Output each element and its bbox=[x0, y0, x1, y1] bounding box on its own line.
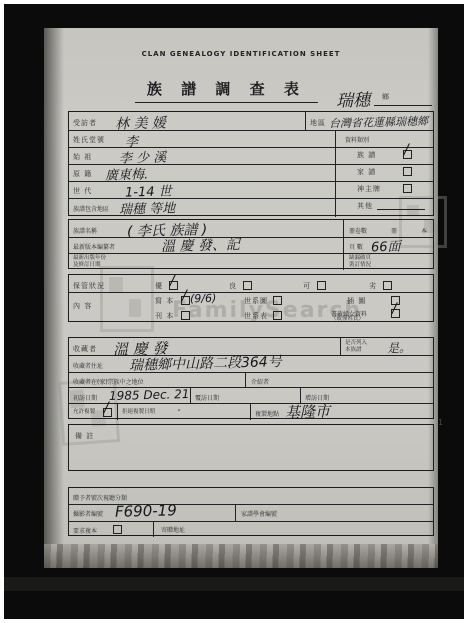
category-family-genealogy-checkbox bbox=[403, 167, 412, 176]
introducer-label: 介紹者 bbox=[251, 377, 269, 386]
volume-info-table: 族譜名稱 ( 李氏 族譜 ) 最新版本編纂者 溫 慶 發、記 最新出版年份 及修… bbox=[68, 219, 434, 269]
manuscript-note: (9/6) bbox=[190, 292, 217, 306]
region-value: 台灣省花蓮縣瑞穗鄉 bbox=[329, 113, 428, 132]
data-category-label: 資料類別 bbox=[345, 135, 369, 144]
interviewee-value: 林 美 媛 bbox=[115, 112, 166, 133]
condition-fair-checkbox bbox=[317, 281, 326, 290]
condition-good-label: 良 bbox=[229, 281, 237, 291]
women-data-checkbox: / bbox=[391, 309, 400, 318]
photographer-number-label: 攝影者編號 bbox=[73, 509, 103, 518]
lineage-chart-label: 世系圖 bbox=[244, 296, 268, 306]
photographer-number-value: F690-19 bbox=[115, 501, 177, 521]
latest-compiler-label: 最新版本編纂者 bbox=[73, 242, 115, 251]
pages-value: 66面 bbox=[371, 236, 401, 256]
pages-label: 頁 數 bbox=[349, 242, 363, 251]
listed-in-genealogy-label-line2: 本族譜 bbox=[345, 347, 362, 354]
lineage-table-checkbox bbox=[273, 311, 282, 320]
paper-left-shadow bbox=[44, 28, 64, 568]
category-clan-genealogy-label: 族 譜 bbox=[357, 150, 376, 160]
category-other-blank bbox=[377, 209, 425, 210]
lineage-chart-checkbox bbox=[273, 296, 282, 305]
microfilm-photo-background: FamilySearch CLAN GENEALOGY IDENTIFICATI… bbox=[4, 4, 464, 619]
binding-label-line2: 裝訂情況 bbox=[349, 262, 371, 269]
listed-in-genealogy-label-line1: 是否列入 bbox=[345, 340, 367, 347]
admin-box: 贈予者號次視聽分類 攝影者編號 F690-19 家譜學會編號 要求複本 寄贈地址 bbox=[68, 487, 434, 536]
condition-label: 保管狀況 bbox=[73, 281, 105, 291]
publish-year-label-line1: 最新出版年份 bbox=[73, 255, 106, 262]
condition-content-table: 保管狀況 優 / 良 可 劣 內 容 寫 本 / (9/6) 世系圖 插 圖 刊… bbox=[68, 274, 434, 322]
manuscript-checkbox: / bbox=[181, 296, 190, 305]
content-label: 內 容 bbox=[73, 301, 92, 311]
latest-compiler-value: 溫 慶 發、記 bbox=[161, 234, 240, 256]
copy-place-label: 複製地點 bbox=[255, 409, 279, 418]
copy-permitted-label: 允許複製 bbox=[73, 409, 95, 416]
origin-label: 原 籍 bbox=[73, 169, 92, 179]
township-handwritten: 瑞穗 bbox=[336, 86, 371, 112]
notes-box: 備 註 bbox=[68, 424, 434, 471]
category-family-genealogy-label: 家 譜 bbox=[357, 167, 376, 177]
copy-refused-date-label: 拒絕複製日期 bbox=[122, 409, 155, 416]
condition-poor-checkbox bbox=[383, 281, 392, 290]
copy-refused-date-value: · bbox=[177, 404, 181, 417]
surname-hall-label: 姓氏堂號 bbox=[73, 135, 105, 145]
check-mark: / bbox=[404, 142, 409, 158]
printed-checkbox bbox=[181, 311, 190, 320]
condition-fair-label: 可 bbox=[303, 281, 311, 291]
publish-year-label-line2: 及修訂日期 bbox=[73, 262, 101, 269]
founder-label: 始 祖 bbox=[73, 152, 92, 162]
basic-info-table: 受訪者 林 美 媛 地區 台灣省花蓮縣瑞穗鄉 姓氏堂號 李 始 祖 李 少 溪 … bbox=[68, 111, 434, 216]
volumes-label: 冊卷數 bbox=[349, 226, 367, 235]
category-other-label: 其他 bbox=[357, 201, 373, 211]
holder-address-label: 收藏者住址 bbox=[73, 361, 103, 370]
revisit-label: 覆訪日期 bbox=[195, 393, 219, 402]
condition-excellent-checkbox: / bbox=[169, 281, 178, 290]
society-number-label: 家譜學會編號 bbox=[241, 509, 277, 518]
holder-label: 收藏者 bbox=[73, 344, 97, 354]
binding-label-line1: 缺漏破頁 bbox=[349, 255, 371, 262]
coverage-label: 族譜包含地區 bbox=[73, 204, 109, 213]
film-noise-streak bbox=[4, 577, 464, 591]
admin-section-label: 贈予者號次視聽分類 bbox=[73, 493, 127, 502]
form-title: 族 譜 調 查 表 bbox=[135, 78, 318, 103]
genealogy-form-sheet: FamilySearch CLAN GENEALOGY IDENTIFICATI… bbox=[44, 28, 438, 568]
listed-in-genealogy-value: 是。 bbox=[387, 339, 411, 357]
copy-place-value: 基隆市 bbox=[285, 400, 331, 422]
category-ancestral-tablet-checkbox bbox=[403, 184, 412, 193]
manuscript-label: 寫 本 bbox=[155, 296, 174, 306]
send-address-label: 寄贈地址 bbox=[161, 525, 185, 534]
request-copy-label: 要求複本 bbox=[73, 526, 97, 535]
generations-label: 世 代 bbox=[73, 186, 92, 196]
paper-torn-bottom-edge bbox=[44, 544, 438, 568]
condition-poor-label: 劣 bbox=[369, 281, 377, 291]
copy-permitted-checkbox: / bbox=[103, 408, 112, 417]
condition-good-checkbox bbox=[243, 281, 252, 290]
volumes-unit2-label: 本 bbox=[421, 226, 427, 235]
category-ancestral-tablet-label: 神主牌 bbox=[357, 184, 381, 194]
printed-label: 刊 本 bbox=[155, 311, 174, 321]
genealogy-name-label: 族譜名稱 bbox=[73, 226, 97, 235]
volumes-unit1-label: 冊 bbox=[391, 226, 397, 235]
notes-label: 備 註 bbox=[75, 431, 94, 441]
township-suffix-label: 鄉 bbox=[382, 92, 390, 102]
holder-info-table: 收藏者 溫 慶 發 是否列入 本族譜 是。 收藏者住址 瑞穗鄉中山路二段364号… bbox=[68, 337, 434, 419]
township-underline bbox=[374, 105, 432, 106]
interviewee-label: 受訪者 bbox=[73, 118, 97, 128]
lineage-table-label: 世系表 bbox=[244, 311, 268, 321]
first-visit-label: 初訪日期 bbox=[73, 393, 97, 402]
first-visit-value: 1985 Dec. 21 bbox=[109, 387, 190, 403]
english-title: CLAN GENEALOGY IDENTIFICATION SHEET bbox=[44, 50, 438, 58]
request-copy-checkbox bbox=[113, 525, 122, 534]
region-label: 地區 bbox=[310, 118, 326, 128]
illustrations-label: 插 圖 bbox=[347, 296, 366, 306]
women-data-sublabel: （或僅姓氏） bbox=[331, 316, 364, 323]
holder-position-label: 收藏者在(家)宗族中之地位 bbox=[73, 377, 144, 386]
category-clan-genealogy-checkbox: / bbox=[403, 150, 412, 159]
page-number-mark: 1 bbox=[438, 418, 443, 427]
holder-address-value: 瑞穗鄉中山路二段364号 bbox=[129, 351, 282, 375]
condition-excellent-label: 優 bbox=[155, 281, 163, 291]
coverage-value: 瑞穗 等地 bbox=[119, 197, 176, 217]
